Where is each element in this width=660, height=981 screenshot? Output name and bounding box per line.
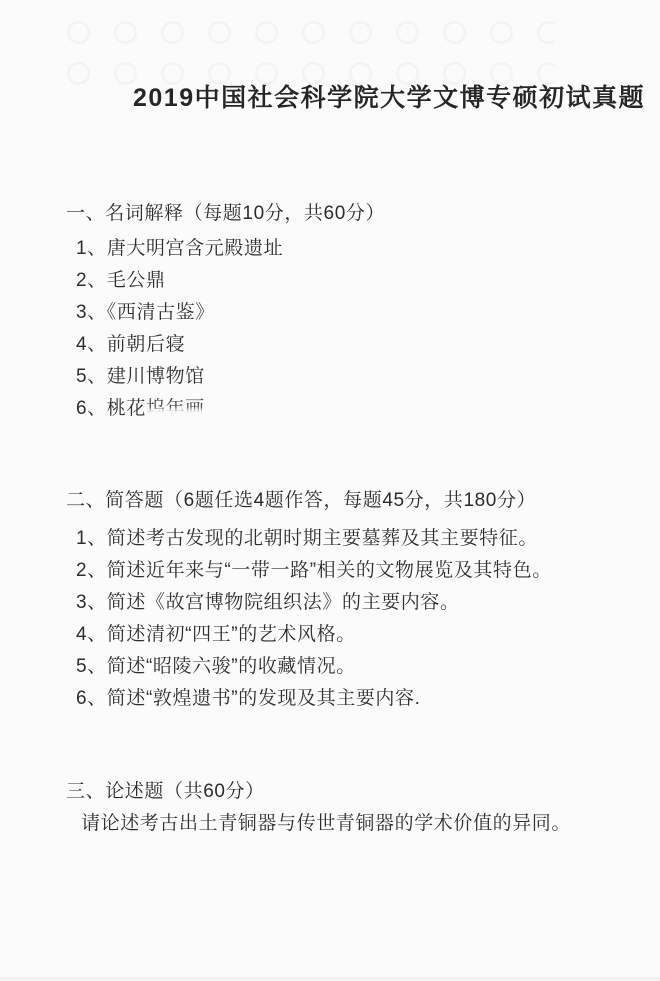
list-item: 1、简述考古发现的北朝时期主要墓葬及其主要特征。 (76, 528, 538, 550)
section-heading: 一、名词解释（每题10分，共60分） (66, 203, 385, 225)
section-heading: 三、论述题（共60分） (66, 781, 265, 803)
list-item: 5、建川博物馆 (76, 366, 205, 388)
list-item: 2、简述近年来与“一带一路”相关的文物展览及其特色。 (76, 560, 552, 582)
essay-prompt: 请论述考古出土青铜器与传世青铜器的学术价值的异同。 (81, 813, 571, 835)
list-item: 6、桃花坞年画 (76, 398, 205, 420)
photo-bottom-edge (0, 977, 660, 981)
list-item: 4、简述清初“四王”的艺术风格。 (76, 624, 356, 646)
list-item: 5、简述“昭陵六骏”的收藏情况。 (76, 656, 356, 678)
list-item: 4、前朝后寝 (76, 334, 185, 356)
list-item: 2、毛公鼎 (76, 270, 166, 292)
list-item: 1、唐大明宫含元殿遗址 (76, 238, 283, 260)
list-item: 3、《西清古鉴》 (76, 302, 215, 324)
page-title: 2019中国社会科学院大学文博专硕初试真题 (133, 78, 645, 114)
section-heading: 二、简答题（6题任选4题作答，每题45分，共180分） (66, 490, 536, 512)
list-item-text: 6、桃花 (76, 398, 146, 419)
list-item: 3、简述《故宫博物院组织法》的主要内容。 (76, 592, 460, 614)
list-item: 6、简述“敦煌遗书”的发现及其主要内容. (76, 688, 421, 710)
exam-paper-page: 2019中国社会科学院大学文博专硕初试真题 一、名词解释（每题10分，共60分）… (0, 0, 660, 981)
list-item-faded-text: 坞年画 (146, 398, 205, 419)
